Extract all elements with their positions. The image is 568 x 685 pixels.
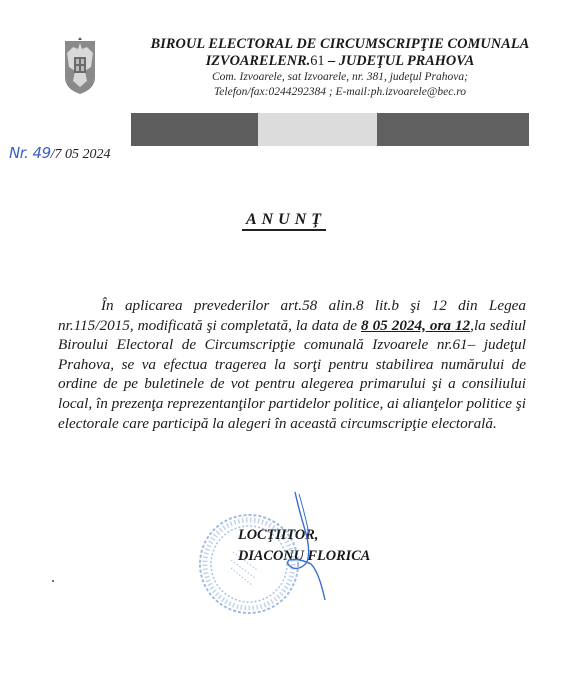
subtitle-number: 61 [310, 53, 324, 69]
flag-stripe-1 [131, 113, 258, 146]
registration-handwritten: Nr. 49 [9, 144, 51, 162]
institution-subtitle: IZVOARELENR.61 – JUDEŢUL PRAHOVA [120, 53, 560, 70]
announcement-paragraph: În aplicarea prevederilor art.58 alin.8 … [58, 296, 526, 433]
contact-info: Telefon/fax:0244292384 ; E-mail:ph.izvoa… [120, 86, 560, 98]
coat-of-arms-icon [63, 37, 97, 95]
flag-stripe-3 [377, 113, 529, 146]
document-title: ANUNŢ [0, 211, 568, 229]
address: Com. Izvoarele, sat Izvoarele, nr. 381, … [120, 71, 560, 83]
institution-name: BIROUL ELECTORAL DE CIRCUMSCRIPŢIE COMUN… [120, 36, 560, 53]
tricolor-bar [131, 113, 529, 146]
registration-number: Nr. 49/7 05 2024 [9, 144, 111, 163]
announcement-body: În aplicarea prevederilor art.58 alin.8 … [58, 296, 526, 433]
flag-stripe-2 [258, 113, 377, 146]
subtitle-prefix: IZVOARELENR. [206, 53, 310, 69]
event-date-time: 8 05 2024, ora 12 [361, 317, 470, 334]
handwritten-signature-icon [255, 490, 345, 610]
subtitle-suffix: – JUDEŢUL PRAHOVA [325, 53, 475, 69]
title-text: ANUNŢ [242, 211, 326, 231]
scan-speck [52, 580, 54, 582]
registration-date: /7 05 2024 [51, 147, 111, 162]
